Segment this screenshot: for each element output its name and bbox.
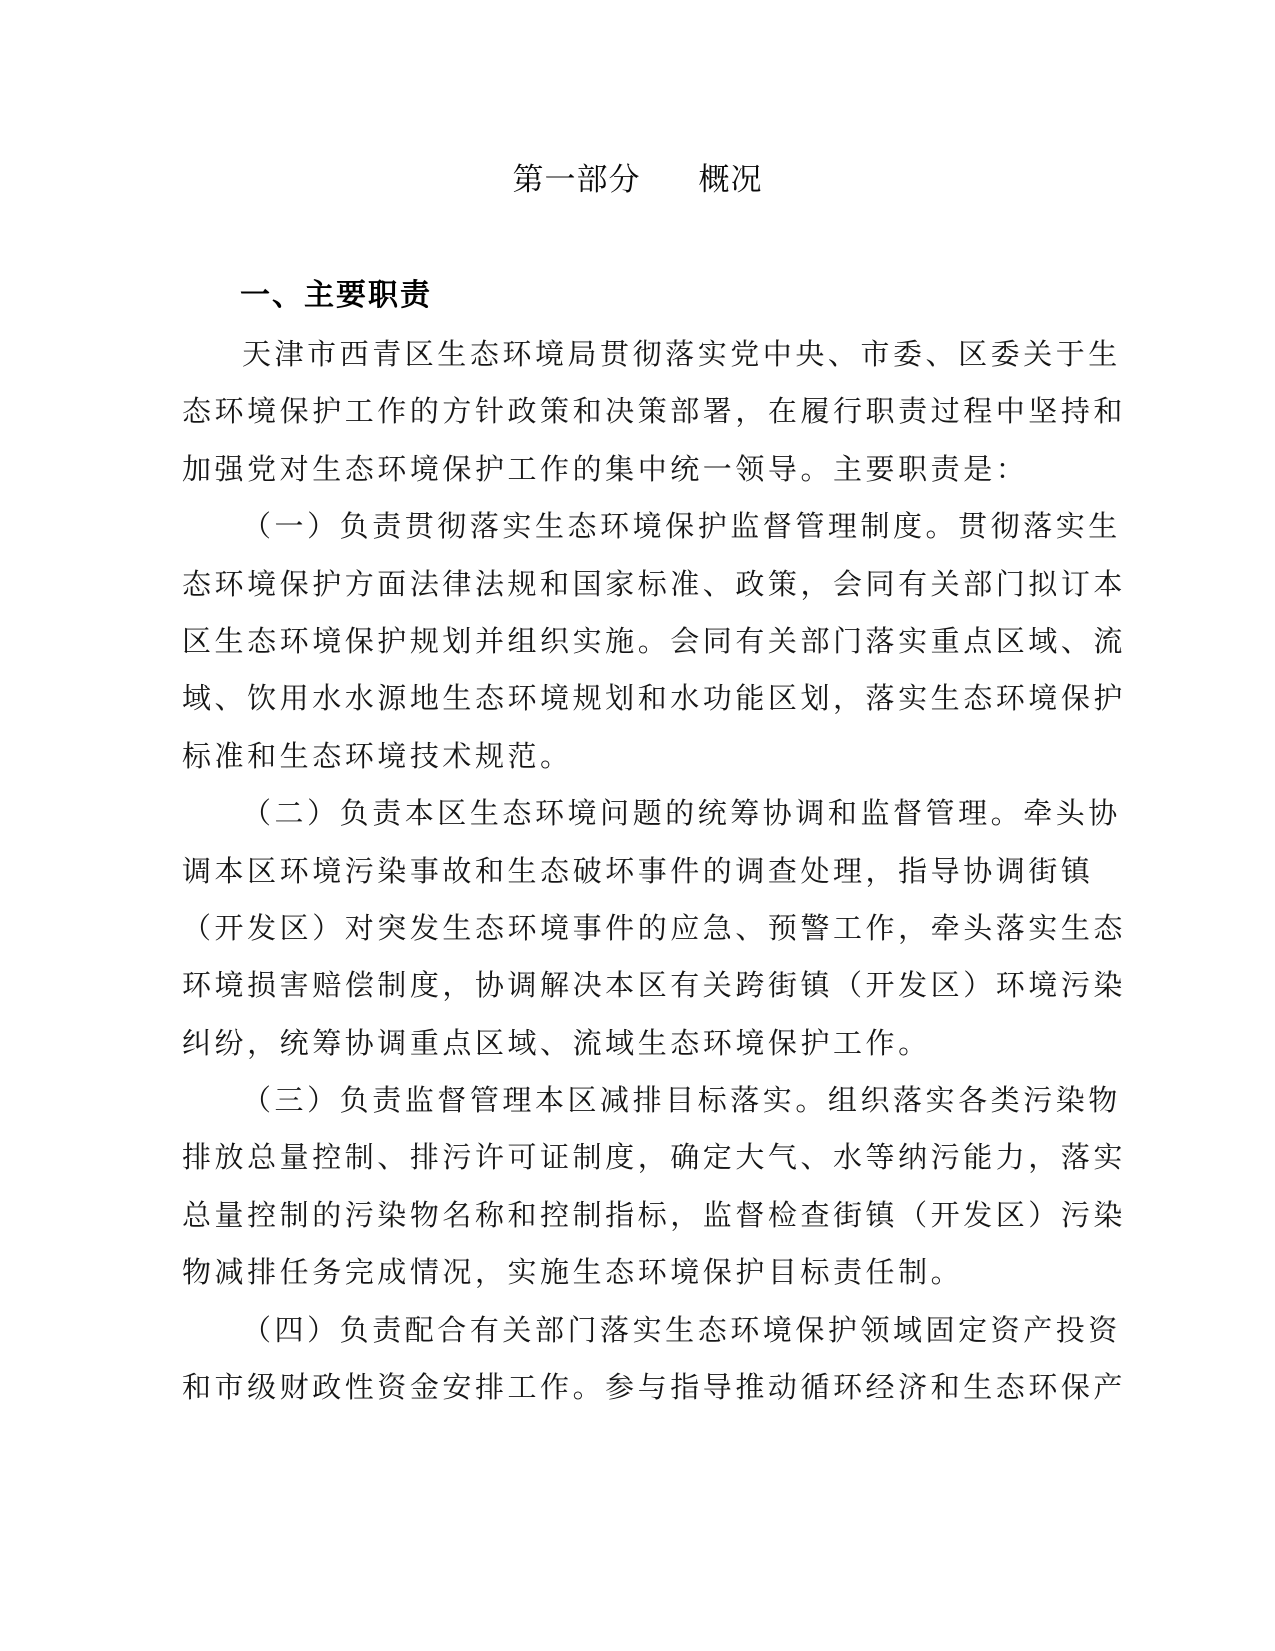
text-line: 域、饮用水水源地生态环境规划和水功能区划，落实生态环境保护 <box>182 676 1042 733</box>
text-line: 态环境保护工作的方针政策和决策部署，在履行职责过程中坚持和 <box>182 389 1042 446</box>
text-line: 纠纷，统筹协调重点区域、流域生态环境保护工作。 <box>182 1021 1042 1078</box>
text-line: （三）负责监督管理本区减排目标落实。组织落实各类污染物 <box>182 1078 1042 1135</box>
title-topic: 概况 <box>699 162 763 198</box>
body-text: 天津市西青区生态环境局贯彻落实党中央、市委、区委关于生 态环境保护工作的方针政策… <box>182 332 1042 1422</box>
page-title: 第一部分概况 <box>0 158 1275 202</box>
text-line: 态环境保护方面法律法规和国家标准、政策，会同有关部门拟订本 <box>182 562 1042 619</box>
text-line: 总量控制的污染物名称和控制指标，监督检查街镇（开发区）污染 <box>182 1193 1042 1250</box>
text-line: 标准和生态环境技术规范。 <box>182 734 1042 791</box>
text-line: （四）负责配合有关部门落实生态环境保护领域固定资产投资 <box>182 1308 1042 1365</box>
text-line: 加强党对生态环境保护工作的集中统一领导。主要职责是： <box>182 447 1042 504</box>
text-line: 和市级财政性资金安排工作。参与指导推动循环经济和生态环保产 <box>182 1365 1042 1422</box>
text-line: 区生态环境保护规划并组织实施。会同有关部门落实重点区域、流 <box>182 619 1042 676</box>
text-line: （一）负责贯彻落实生态环境保护监督管理制度。贯彻落实生 <box>182 504 1042 561</box>
document-page: 第一部分概况 一、主要职责 天津市西青区生态环境局贯彻落实党中央、市委、区委关于… <box>0 0 1275 1651</box>
section-heading: 一、主要职责 <box>240 274 432 318</box>
text-line: 调本区环境污染事故和生态破坏事件的调查处理，指导协调街镇 <box>182 849 1042 906</box>
text-line: （二）负责本区生态环境问题的统筹协调和监督管理。牵头协 <box>182 791 1042 848</box>
text-line: （开发区）对突发生态环境事件的应急、预警工作，牵头落实生态 <box>182 906 1042 963</box>
text-line: 排放总量控制、排污许可证制度，确定大气、水等纳污能力，落实 <box>182 1135 1042 1192</box>
text-line: 天津市西青区生态环境局贯彻落实党中央、市委、区委关于生 <box>182 332 1042 389</box>
text-line: 物减排任务完成情况，实施生态环境保护目标责任制。 <box>182 1250 1042 1307</box>
text-line: 环境损害赔偿制度，协调解决本区有关跨街镇（开发区）环境污染 <box>182 963 1042 1020</box>
title-part: 第一部分 <box>513 162 641 198</box>
